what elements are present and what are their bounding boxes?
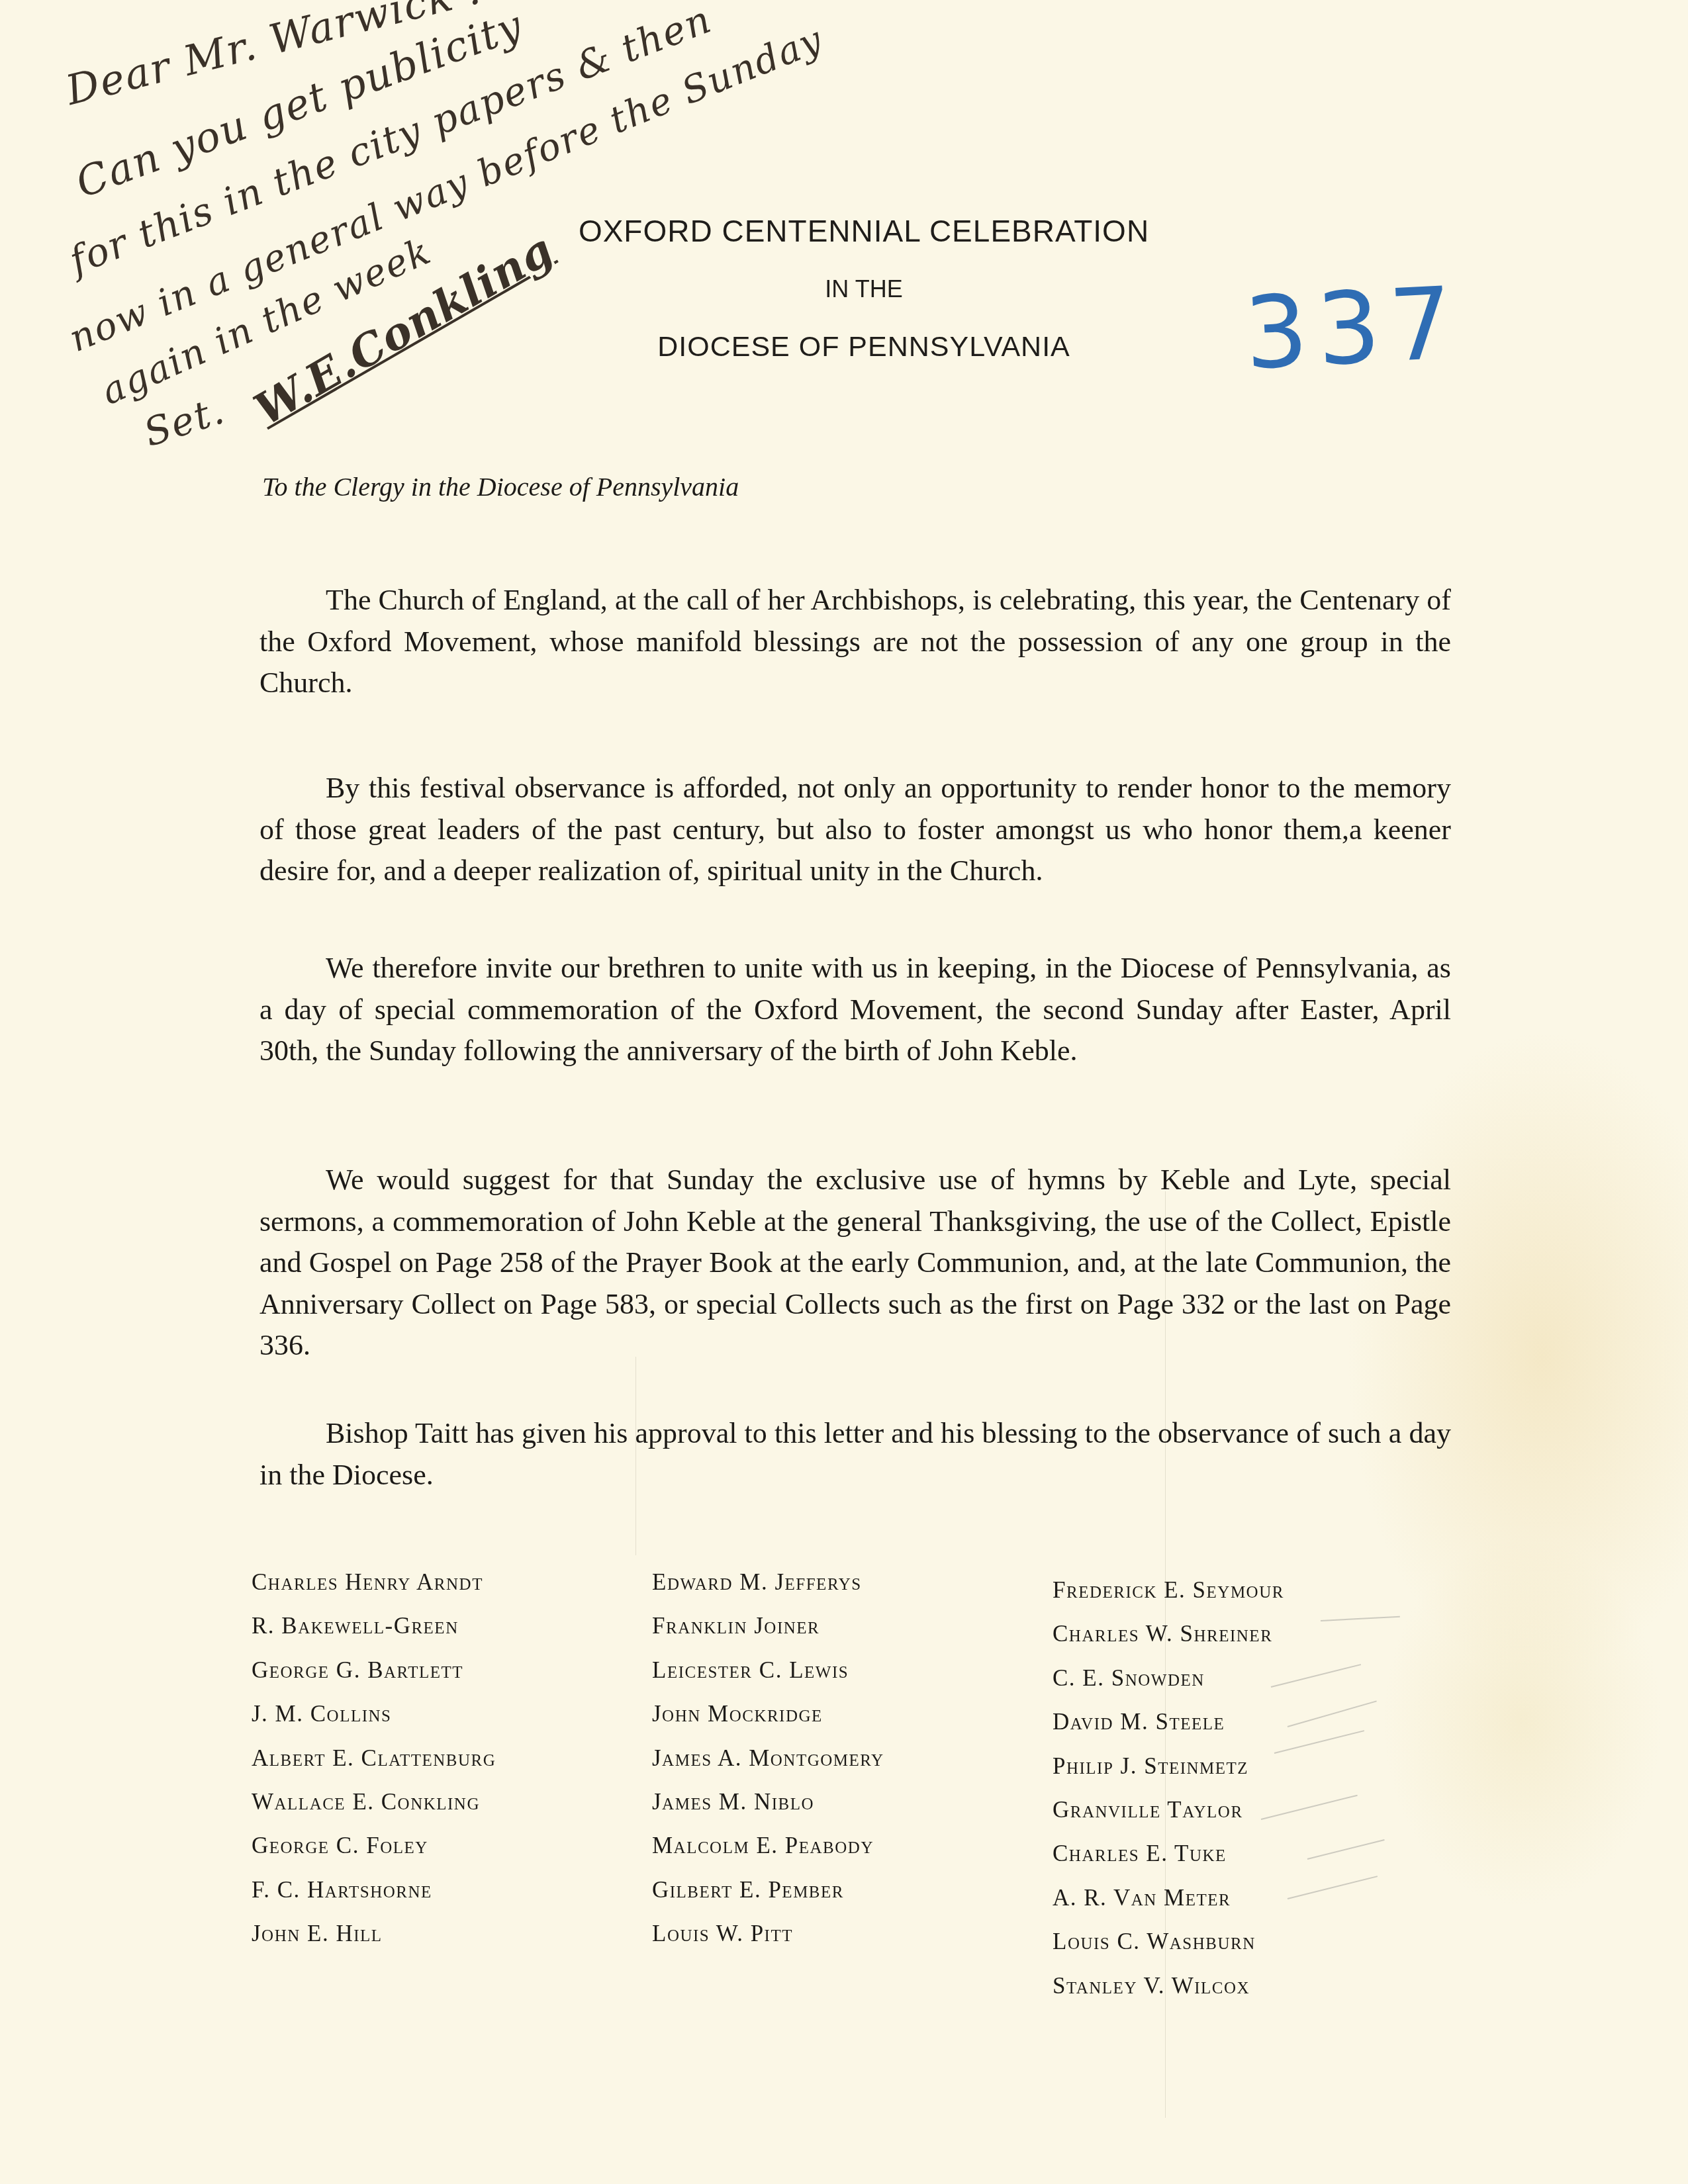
signatory-name: Gilbert E. Pember bbox=[652, 1868, 884, 1912]
signatory-name: Wallace E. Conkling bbox=[252, 1780, 496, 1824]
salutation: To the Clergy in the Diocese of Pennsylv… bbox=[262, 471, 739, 502]
signatory-name: James A. Montgomery bbox=[652, 1737, 884, 1780]
signatory-name: Albert E. Clattenburg bbox=[252, 1737, 496, 1780]
signatory-name: David M. Steele bbox=[1053, 1700, 1284, 1744]
signatories-column-3: Frederick E. Seymour Charles W. Shreiner… bbox=[1053, 1569, 1284, 2008]
body-paragraph: The Church of England, at the call of he… bbox=[259, 580, 1451, 704]
signatory-name: Louis W. Pitt bbox=[652, 1912, 884, 1956]
handwritten-line: Set. bbox=[138, 387, 230, 455]
signatory-name: F. C. Hartshorne bbox=[252, 1868, 496, 1912]
signatory-name: Louis C. Washburn bbox=[1053, 1920, 1284, 1964]
signatory-name: Leicester C. Lewis bbox=[652, 1649, 884, 1692]
signatory-name: Philip J. Steinmetz bbox=[1053, 1745, 1284, 1788]
signatory-name: Franklin Joiner bbox=[652, 1604, 884, 1648]
signatory-name: A. R. Van Meter bbox=[1053, 1876, 1284, 1920]
paragraph-text: By this festival observance is afforded,… bbox=[259, 768, 1451, 892]
signatory-name: Malcolm E. Peabody bbox=[652, 1824, 884, 1868]
body-paragraph: We would suggest for that Sunday the exc… bbox=[259, 1160, 1451, 1367]
signatory-name: Charles W. Shreiner bbox=[1053, 1612, 1284, 1656]
letterhead-diocese: DIOCESE OF PENNSYLVANIA bbox=[543, 331, 1185, 363]
archive-number: 337 bbox=[1242, 266, 1465, 392]
signatory-name: John Mockridge bbox=[652, 1692, 884, 1736]
paragraph-text: We would suggest for that Sunday the exc… bbox=[259, 1160, 1451, 1367]
signatory-name: Granville Taylor bbox=[1053, 1788, 1284, 1832]
letterhead-subtitle: IN THE bbox=[543, 275, 1185, 303]
paragraph-text: Bishop Taitt has given his approval to t… bbox=[259, 1413, 1451, 1496]
signatories-column-1: Charles Henry Arndt R. Bakewell-Green Ge… bbox=[252, 1561, 496, 1956]
signatory-name: Stanley V. Wilcox bbox=[1053, 1964, 1284, 2008]
signatory-name: R. Bakewell-Green bbox=[252, 1604, 496, 1648]
paragraph-text: The Church of England, at the call of he… bbox=[259, 580, 1451, 704]
paragraph-text: We therefore invite our brethren to unit… bbox=[259, 948, 1451, 1072]
signatory-name: George G. Bartlett bbox=[252, 1649, 496, 1692]
signatory-name: John E. Hill bbox=[252, 1912, 496, 1956]
signatory-name: Charles Henry Arndt bbox=[252, 1561, 496, 1604]
body-paragraph: Bishop Taitt has given his approval to t… bbox=[259, 1413, 1451, 1496]
body-paragraph: We therefore invite our brethren to unit… bbox=[259, 948, 1451, 1072]
signatory-name: George C. Foley bbox=[252, 1824, 496, 1868]
signatory-name: C. E. Snowden bbox=[1053, 1657, 1284, 1700]
signatory-name: Charles E. Tuke bbox=[1053, 1832, 1284, 1876]
signatories-column-2: Edward M. Jefferys Franklin Joiner Leice… bbox=[652, 1561, 884, 1956]
letterhead-title: OXFORD CENTENNIAL CELEBRATION bbox=[543, 213, 1185, 249]
signatory-name: Edward M. Jefferys bbox=[652, 1561, 884, 1604]
signatory-name: Frederick E. Seymour bbox=[1053, 1569, 1284, 1612]
signatory-name: James M. Niblo bbox=[652, 1780, 884, 1824]
signatory-name: J. M. Collins bbox=[252, 1692, 496, 1736]
body-paragraph: By this festival observance is afforded,… bbox=[259, 768, 1451, 892]
